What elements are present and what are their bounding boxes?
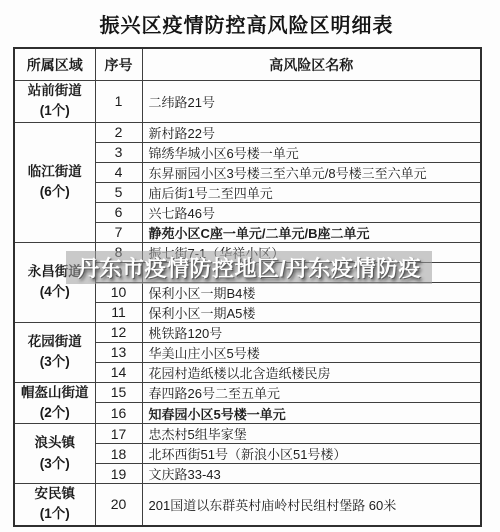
index-cell: 5 xyxy=(95,182,142,202)
index-cell: 7 xyxy=(95,222,142,242)
index-cell: 20 xyxy=(95,484,142,526)
index-cell: 11 xyxy=(95,302,142,322)
index-cell: 15 xyxy=(95,382,142,403)
index-cell: 17 xyxy=(95,424,142,444)
index-cell: 3 xyxy=(95,142,142,162)
region-cell: 临江街道(6个) xyxy=(14,122,95,242)
risk-area-name-cell: 保利小区一期A5楼 xyxy=(142,302,481,322)
risk-area-name-cell: 桃铁路120号 xyxy=(142,322,481,342)
region-cell: 帽盔山街道(2个) xyxy=(14,382,95,424)
table-row: 安民镇(1个)20201国道以东群英村庙岭村民组村堡路 60米 xyxy=(14,484,481,526)
header-index: 序号 xyxy=(95,48,142,81)
high-risk-area-table: 所属区域 序号 高风险区名称 站前街道(1个)1二纬路21号临江街道(6个)2新… xyxy=(13,47,482,527)
region-name: 帽盔山街道 xyxy=(15,383,95,403)
region-cell: 安民镇(1个) xyxy=(14,484,95,526)
page-title: 振兴区疫情防控高风险区明细表 xyxy=(13,9,480,38)
risk-area-name-cell: 二纬路21号 xyxy=(142,81,481,123)
table-row: 浪头镇(3个)17忠杰村5组毕家堡 xyxy=(14,424,481,444)
risk-area-name-cell: 保利小区一期B4楼 xyxy=(142,282,481,302)
index-cell: 10 xyxy=(95,282,142,302)
risk-area-name-cell: 东昇丽园小区3号楼三至六单元/8号楼三至六单元 xyxy=(142,162,481,182)
risk-area-name-cell: 华美山庄小区5号楼 xyxy=(142,342,481,362)
header-row: 所属区域 序号 高风险区名称 xyxy=(14,48,481,81)
risk-area-name-cell: 知春园小区5号楼一单元 xyxy=(142,403,481,424)
risk-area-name-cell: 庙后街1号二至四单元 xyxy=(142,182,481,202)
region-name: 浪头镇 xyxy=(15,433,95,453)
region-count: (4个) xyxy=(15,282,95,302)
risk-area-name-cell: 文庆路33-43 xyxy=(142,464,481,484)
region-cell: 浪头镇(3个) xyxy=(14,424,95,484)
table-row: 永昌街道(4个)8振七街7-1（华祥小区） xyxy=(14,242,481,262)
region-name: 永昌街道 xyxy=(15,262,95,282)
region-name: 花园街道 xyxy=(15,332,95,352)
index-cell: 13 xyxy=(95,342,142,362)
risk-area-name-cell: 新村路22号 xyxy=(142,122,481,142)
risk-area-name-cell: 静苑小区C座一单元/二单元/B座二单元 xyxy=(142,222,481,242)
index-cell: 1 xyxy=(95,81,142,123)
risk-area-name-cell: 花园村造纸楼以北含造纸楼民房 xyxy=(142,362,481,382)
risk-area-name-cell: 忠杰村5组毕家堡 xyxy=(142,424,481,444)
risk-area-name-cell xyxy=(142,262,481,282)
header-risk-area-name: 高风险区名称 xyxy=(142,48,481,81)
index-cell: 14 xyxy=(95,362,142,382)
header-region: 所属区域 xyxy=(14,48,95,81)
table-row: 帽盔山街道(2个)15春四路26号二至五单元 xyxy=(14,382,481,403)
region-cell: 花园街道(3个) xyxy=(14,322,95,382)
region-count: (6个) xyxy=(15,182,95,202)
index-cell: 4 xyxy=(95,162,142,182)
region-count: (2个) xyxy=(15,403,95,423)
table-row: 花园街道(3个)12桃铁路120号 xyxy=(14,322,481,342)
region-count: (3个) xyxy=(15,352,95,372)
index-cell: 18 xyxy=(95,444,142,464)
index-cell: 6 xyxy=(95,202,142,222)
risk-area-name-cell: 201国道以东群英村庙岭村民组村堡路 60米 xyxy=(142,484,481,526)
region-name: 站前街道 xyxy=(15,81,95,101)
region-count: (3个) xyxy=(15,454,95,474)
region-cell: 站前街道(1个) xyxy=(14,81,95,123)
region-cell: 永昌街道(4个) xyxy=(14,242,95,322)
table-row: 站前街道(1个)1二纬路21号 xyxy=(14,81,481,123)
index-cell: 16 xyxy=(95,403,142,424)
region-name: 安民镇 xyxy=(15,484,95,504)
risk-area-name-cell: 北环西街51号（新浪小区51号楼） xyxy=(142,444,481,464)
risk-area-name-cell: 振七街7-1（华祥小区） xyxy=(142,242,481,262)
risk-area-name-cell: 春四路26号二至五单元 xyxy=(142,382,481,403)
region-name: 临江街道 xyxy=(15,162,95,182)
region-count: (1个) xyxy=(15,504,95,524)
index-cell: 8 xyxy=(95,242,142,262)
index-cell: 19 xyxy=(95,464,142,484)
index-cell: 2 xyxy=(95,122,142,142)
index-cell: 12 xyxy=(95,322,142,342)
risk-area-name-cell: 锦绣华城小区6号楼一单元 xyxy=(142,142,481,162)
index-cell: 9 xyxy=(95,262,142,282)
region-count: (1个) xyxy=(15,101,95,121)
table-row: 临江街道(6个)2新村路22号 xyxy=(14,122,481,142)
risk-area-name-cell: 兴七路46号 xyxy=(142,202,481,222)
